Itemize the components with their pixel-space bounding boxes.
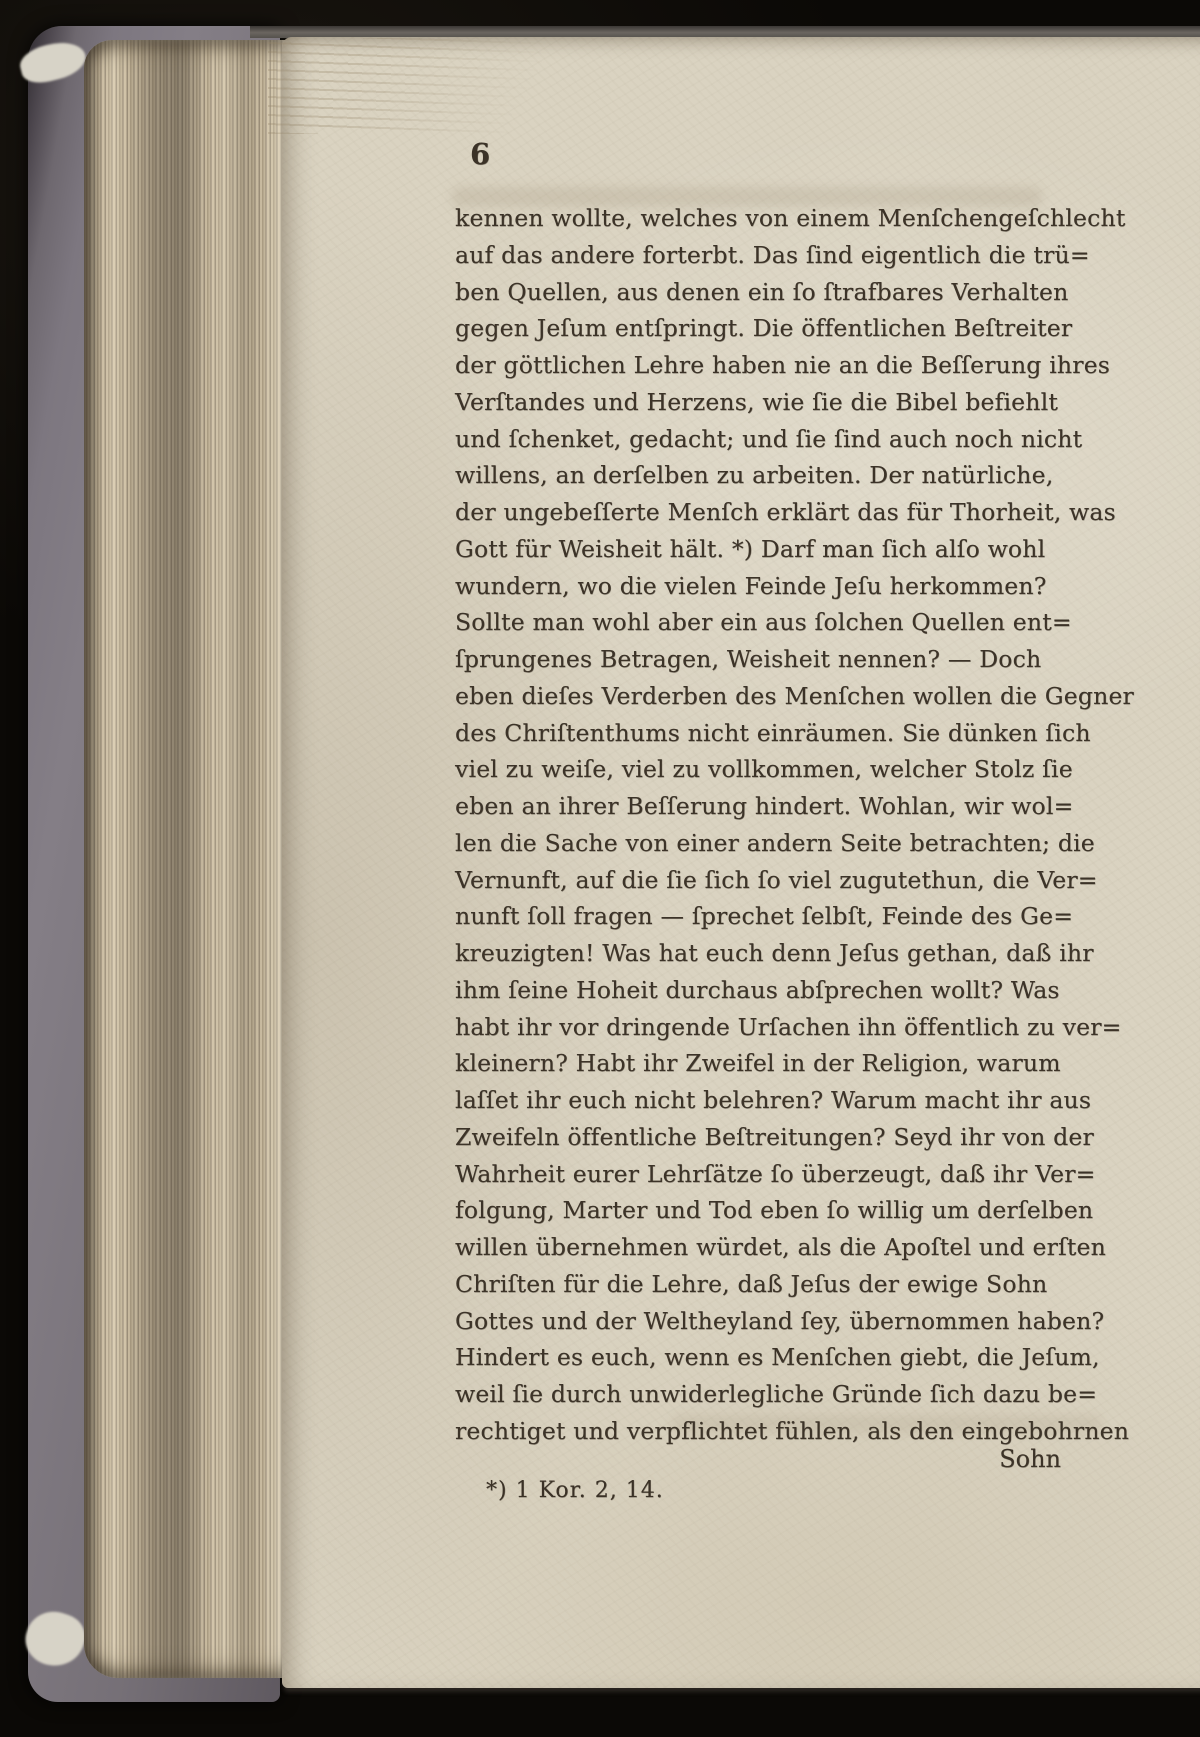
footnote: *) 1 Kor. 2, 14. xyxy=(486,1478,664,1503)
text-line: Vernunft, auf die ſie ſich ſo viel zugut… xyxy=(455,862,1061,899)
text-line: des Chriſtenthums nicht einräumen. Sie d… xyxy=(455,715,1061,752)
text-line: weil ſie durch unwiderlegliche Gründe ſi… xyxy=(455,1376,1061,1413)
text-line: ihm ſeine Hoheit durchaus abſprechen wol… xyxy=(455,972,1061,1009)
text-line: nunft ſoll fragen — ſprechet ſelbſt, Fei… xyxy=(455,898,1061,935)
book-page: 6 kennen wollte, welches von einem Menſc… xyxy=(282,37,1200,1688)
text-line: laſſet ihr euch nicht belehren? Warum ma… xyxy=(455,1082,1061,1119)
text-line: der göttlichen Lehre haben nie an die Be… xyxy=(455,347,1061,384)
photo-background: 6 kennen wollte, welches von einem Menſc… xyxy=(0,0,1200,1737)
text-line: kreuzigten! Was hat euch denn Jeſus geth… xyxy=(455,935,1061,972)
page-top-fan xyxy=(268,38,608,134)
text-line: viel zu weiſe, viel zu vollkommen, welch… xyxy=(455,751,1061,788)
text-line: wundern, wo die vielen Feinde Jeſu herko… xyxy=(455,568,1061,605)
catchword: Sohn xyxy=(455,1445,1061,1473)
text-line: habt ihr vor dringende Urſachen ihn öffe… xyxy=(455,1009,1061,1046)
text-line: auf das andere forterbt. Das ſind eigent… xyxy=(455,237,1061,274)
text-block: kennen wollte, welches von einem Menſche… xyxy=(455,200,1061,1450)
text-line: gegen Jeſum entſpringt. Die öffentlichen… xyxy=(455,310,1061,347)
text-line: eben dieſes Verderben des Menſchen wolle… xyxy=(455,678,1061,715)
text-line: Zweifeln öffentliche Beſtreitungen? Seyd… xyxy=(455,1119,1061,1156)
text-line: folgung, Marter und Tod eben ſo willig u… xyxy=(455,1192,1061,1229)
text-line: willen übernehmen würdet, als die Apoſte… xyxy=(455,1229,1061,1266)
text-line: Sollte man wohl aber ein aus ſolchen Que… xyxy=(455,604,1061,641)
text-line: len die Sache von einer andern Seite bet… xyxy=(455,825,1061,862)
text-line: ben Quellen, aus denen ein ſo ſtrafbares… xyxy=(455,274,1061,311)
text-line: kennen wollte, welches von einem Menſche… xyxy=(455,200,1061,237)
page-number: 6 xyxy=(470,137,490,171)
text-line: willens, an derſelben zu arbeiten. Der n… xyxy=(455,457,1061,494)
text-line: Verſtandes und Herzens, wie ſie die Bibe… xyxy=(455,384,1061,421)
text-line: Wahrheit eurer Lehrſätze ſo überzeugt, d… xyxy=(455,1156,1061,1193)
text-line: und ſchenket, gedacht; und ſie ſind auch… xyxy=(455,421,1061,458)
text-line: kleinern? Habt ihr Zweifel in der Religi… xyxy=(455,1045,1061,1082)
text-line: der ungebeſſerte Menſch erklärt das für … xyxy=(455,494,1061,531)
text-line: Chriſten für die Lehre, daß Jeſus der ew… xyxy=(455,1266,1061,1303)
text-line: rechtiget und verpflichtet fühlen, als d… xyxy=(455,1413,1061,1450)
page-edge-stack xyxy=(84,40,296,1678)
text-line: ſprungenes Betragen, Weisheit nennen? — … xyxy=(455,641,1061,678)
text-line: Gott für Weisheit hält. *) Darf man ſich… xyxy=(455,531,1061,568)
book: 6 kennen wollte, welches von einem Menſc… xyxy=(0,0,1200,1737)
text-line: eben an ihrer Beſſerung hindert. Wohlan,… xyxy=(455,788,1061,825)
text-line: Hindert es euch, wenn es Menſchen giebt,… xyxy=(455,1339,1061,1376)
text-line: Gottes und der Weltheyland ſey, übernomm… xyxy=(455,1303,1061,1340)
